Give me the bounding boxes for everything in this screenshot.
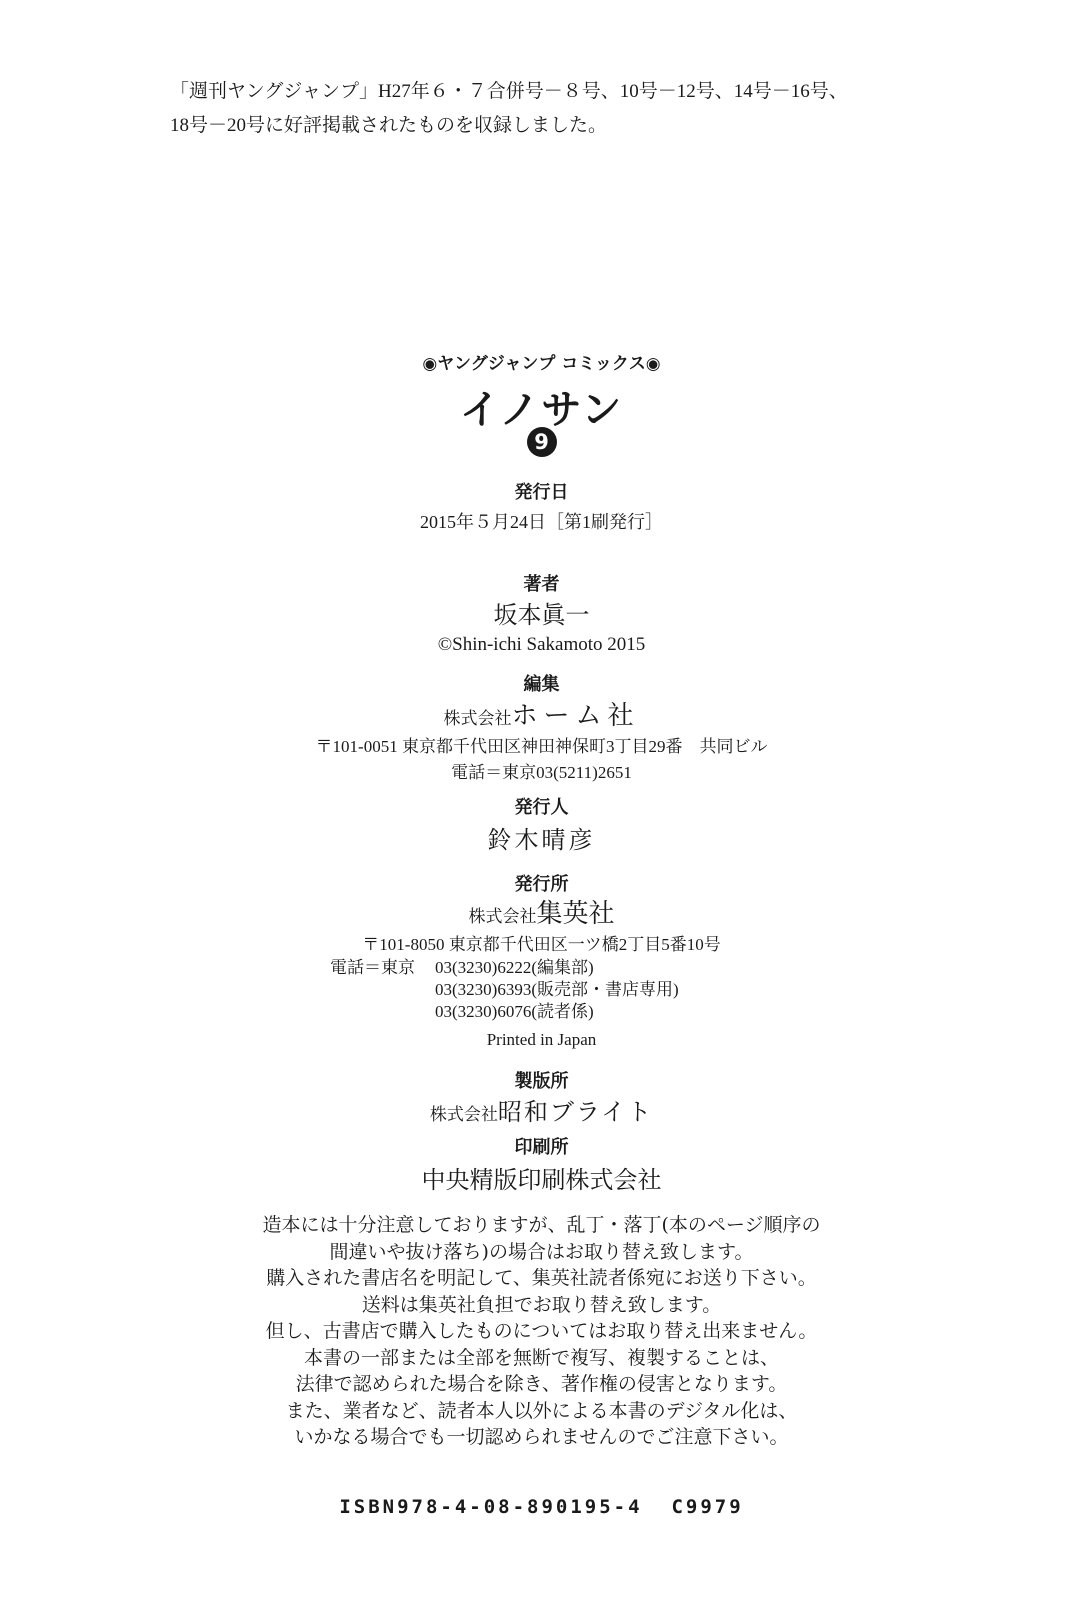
printer-label: 印刷所 bbox=[0, 1133, 1083, 1159]
phone-number: 03(3230)6393(販売部・書店専用) bbox=[435, 979, 679, 1001]
note-line: 「週刊ヤングジャンプ」H27年６・７合併号－８号、10号－12号、14号－16号… bbox=[170, 75, 848, 109]
serialization-note: 「週刊ヤングジャンプ」H27年６・７合併号－８号、10号－12号、14号－16号… bbox=[170, 75, 848, 143]
publisher-address: 〒101-8050 東京都千代田区一ツ橋2丁目5番10号 bbox=[0, 930, 1083, 955]
phone-row: 03(3230)6076(読者係) bbox=[330, 1001, 679, 1023]
copyright: ©Shin-ichi Sakamoto 2015 bbox=[0, 634, 1083, 656]
phone-row: 電話＝東京 03(3230)6222(編集部) bbox=[330, 957, 679, 979]
phone-number: 03(3230)6076(読者係) bbox=[435, 1001, 594, 1023]
editor-address: 〒101-0051 東京都千代田区神田神保町3丁目29番 共同ビル bbox=[0, 732, 1083, 757]
plate-maker-name: 昭和ブライト bbox=[498, 1098, 653, 1126]
printed-in: Printed in Japan bbox=[0, 1030, 1083, 1050]
editor-company: 株式会社ホーム社 bbox=[0, 695, 1083, 732]
publication-date-value: 2015年５月24日［第1刷発行］ bbox=[0, 508, 1083, 534]
plate-maker-prefix: 株式会社 bbox=[430, 1105, 498, 1125]
disclaimer-line: 但し、古書店で購入したものについてはお取り替え出来ません。 bbox=[0, 1318, 1083, 1345]
phone-prefix: 電話＝東京 bbox=[330, 957, 435, 979]
plate-maker-label: 製版所 bbox=[0, 1067, 1083, 1093]
editor-company-prefix: 株式会社 bbox=[443, 709, 511, 729]
editor-label: 編集 bbox=[0, 670, 1083, 696]
disclaimer-line: また、業者など、読者本人以外による本書のデジタル化は、 bbox=[0, 1398, 1083, 1425]
isbn: ISBN978-4-08-890195-4 C9979 bbox=[0, 1496, 1083, 1518]
publisher-person-name: 鈴木晴彦 bbox=[0, 820, 1083, 855]
disclaimer-line: 送料は集英社負担でお取り替え致します。 bbox=[0, 1292, 1083, 1319]
disclaimer-line: 本書の一部または全部を無断で複写、複製することは、 bbox=[0, 1345, 1083, 1372]
disclaimer-line: 法律で認められた場合を除き、著作権の侵害となります。 bbox=[0, 1371, 1083, 1398]
series-label: ◉ヤングジャンプ コミックス◉ bbox=[0, 349, 1083, 374]
disclaimer-line: 間違いや抜け落ち)の場合はお取り替え致します。 bbox=[0, 1239, 1083, 1266]
publisher-company: 株式会社集英社 bbox=[0, 893, 1083, 930]
editor-phone: 電話＝東京03(5211)2651 bbox=[0, 758, 1083, 783]
volume-badge: 9 bbox=[527, 427, 557, 457]
printer-name: 中央精版印刷株式会社 bbox=[0, 1160, 1083, 1195]
phone-number: 03(3230)6222(編集部) bbox=[435, 957, 594, 979]
disclaimer-line: 造本には十分注意しておりますが、乱丁・落丁(本のページ順序の bbox=[0, 1212, 1083, 1239]
author-name: 坂本眞一 bbox=[0, 595, 1083, 630]
publication-date-label: 発行日 bbox=[0, 478, 1083, 504]
author-label: 著者 bbox=[0, 570, 1083, 596]
publisher-phones: 電話＝東京 03(3230)6222(編集部) 03(3230)6393(販売部… bbox=[330, 957, 679, 1023]
volume-badge-wrap: 9 bbox=[0, 427, 1083, 457]
note-line: 18号－20号に好評掲載されたものを収録しました。 bbox=[170, 109, 848, 143]
phone-row: 03(3230)6393(販売部・書店専用) bbox=[330, 979, 679, 1001]
disclaimer-line: 購入された書店名を明記して、集英社読者係宛にお送り下さい。 bbox=[0, 1265, 1083, 1292]
disclaimer: 造本には十分注意しておりますが、乱丁・落丁(本のページ順序の 間違いや抜け落ち)… bbox=[0, 1212, 1083, 1451]
disclaimer-line: いかなる場合でも一切認められませんのでご注意下さい。 bbox=[0, 1424, 1083, 1451]
publisher-company-prefix: 株式会社 bbox=[468, 907, 536, 927]
plate-maker-company: 株式会社昭和ブライト bbox=[0, 1092, 1083, 1127]
editor-company-name: ホーム社 bbox=[511, 701, 639, 731]
publisher-company-name: 集英社 bbox=[536, 899, 614, 929]
publisher-person-label: 発行人 bbox=[0, 793, 1083, 819]
